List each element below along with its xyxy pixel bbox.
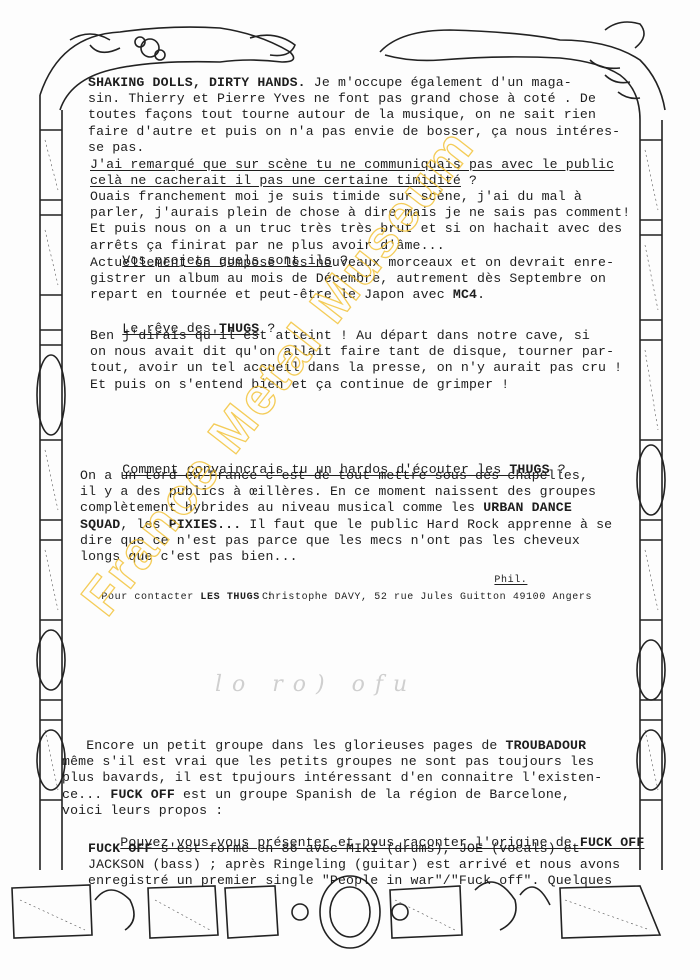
text-line: SQUAD, les PIXIES... Il faut que le publ… — [80, 517, 612, 533]
answer-projects: Actuellement on compose les nouveaux mor… — [90, 255, 614, 304]
text-line: gistrer un album au mois de Décembre, au… — [90, 271, 614, 287]
question-timidity: J'ai remarqué que sur scène tu ne commun… — [90, 157, 614, 189]
text-line: SHAKING DOLLS, DIRTY HANDS. Je m'occupe … — [88, 75, 620, 91]
contact-line: Pour contacter LES THUGS : — [75, 580, 273, 616]
text-line: faire d'autre et puis on n'a pas envie d… — [88, 124, 620, 140]
handwritten-note: lo ro) ofu — [215, 672, 417, 697]
text-line: tout, avoir un tel accueil dans la press… — [90, 360, 622, 376]
text-line: toutes façons tout tourne autour de la m… — [88, 107, 620, 123]
text-line: il y a des publics à œillères. En ce mom… — [80, 484, 612, 500]
text-line: Ben j'dirais qu'il est atteint ! Au dépa… — [90, 328, 622, 344]
text-line: Et puis nous on a un truc très très brut… — [90, 221, 630, 237]
text-line: plus bavards, il est tpujours intéressan… — [62, 770, 602, 786]
text-line: sin. Thierry et Pierre Yves ne font pas … — [88, 91, 620, 107]
text-line: enregistré un premier single "People in … — [88, 873, 620, 889]
text-line: celà ne cacherait il pas une certaine ti… — [90, 173, 614, 189]
text-line: JACKSON (bass) ; après Ringeling (guitar… — [88, 857, 620, 873]
text-line: ce... FUCK OFF est un groupe Spanish de … — [62, 787, 602, 803]
contact-address: Christophe DAVY, 52 rue Jules Guitton 49… — [262, 592, 592, 604]
text-line: Encore un petit groupe dans les glorieus… — [62, 738, 602, 754]
text-line: dire que ce n'est pas parce que les mecs… — [80, 533, 612, 549]
fanzine-page: SHAKING DOLLS, DIRTY HANDS. Je m'occupe … — [0, 0, 700, 980]
text-line: On a un tord en France c'est de tout met… — [80, 468, 612, 484]
text-line: Et puis on s'entend bien et ça continue … — [90, 377, 622, 393]
answer-convince: On a un tord en France c'est de tout met… — [80, 468, 612, 565]
text-line: parler, j'aurais plein de chose à dire m… — [90, 205, 630, 221]
text-line: Actuellement on compose les nouveaux mor… — [90, 255, 614, 271]
text-line: se pas. — [88, 140, 620, 156]
text-line: longs que c'est pas bien... — [80, 549, 612, 565]
fuck-off-intro: Encore un petit groupe dans les glorieus… — [62, 738, 602, 819]
text-line: Ouais franchement moi je suis timide sur… — [90, 189, 630, 205]
answer-origin: FUCK OFF s'est formé en 86 avec MIKI (dr… — [88, 841, 620, 890]
text-line: FUCK OFF s'est formé en 86 avec MIKI (dr… — [88, 841, 620, 857]
intro-paragraph: SHAKING DOLLS, DIRTY HANDS. Je m'occupe … — [88, 75, 620, 156]
text-line: complètement hybrides au niveau musical … — [80, 500, 612, 516]
text-line: on nous avait dit qu'on allait faire tan… — [90, 344, 622, 360]
text-line: même s'il est vrai que les petits groupe… — [62, 754, 602, 770]
text-line: repart en tournée et peut-être le Japon … — [90, 287, 614, 303]
text-line: voici leurs propos : — [62, 803, 602, 819]
text-line: J'ai remarqué que sur scène tu ne commun… — [90, 157, 614, 173]
answer-dream: Ben j'dirais qu'il est atteint ! Au dépa… — [90, 328, 622, 393]
